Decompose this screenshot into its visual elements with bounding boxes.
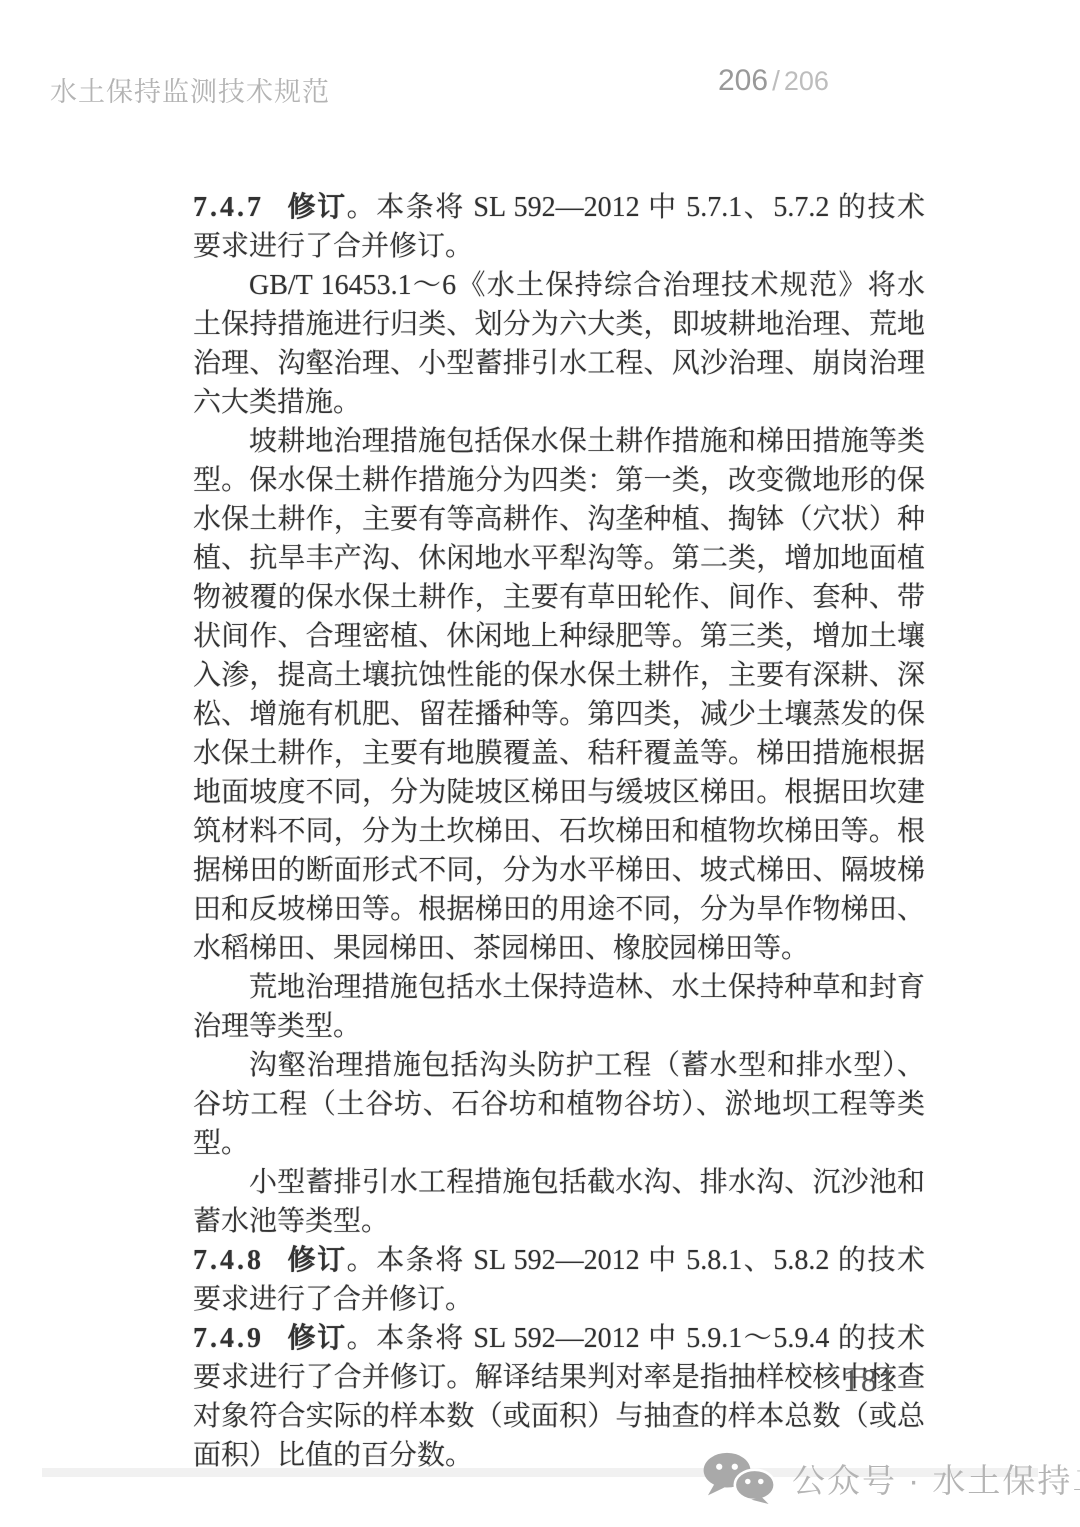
clause-number: 7.4.9 <box>193 1323 264 1354</box>
page-total: 206 <box>784 66 829 96</box>
page-indicator: 206/206 <box>718 64 829 98</box>
paragraph-wasteland: 荒地治理措施包括水土保持造林、水土保持种草和封育治理等类型。 <box>193 968 925 1046</box>
clause-number: 7.4.8 <box>193 1245 264 1276</box>
paragraph-slope-farmland: 坡耕地治理措施包括保水保土耕作措施和梯田措施等类型。保水保土耕作措施分为四类：第… <box>193 422 925 968</box>
footer-watermark: 公众号 · 水土保持二三 <box>700 1452 1080 1504</box>
paragraph-text: GB/T 16453.1～6《水土保持综合治理技术规范》将水土保持措施进行归类、… <box>193 270 925 418</box>
paragraph-text: 荒地治理措施包括水土保持造林、水土保持种草和封育治理等类型。 <box>193 972 925 1042</box>
clause-label: 修订 <box>286 192 347 223</box>
clause-7-4-7: 7.4.7修订。本条将 SL 592—2012 中 5.7.1、5.7.2 的技… <box>193 188 925 266</box>
page-number: 181 <box>843 1362 897 1399</box>
clause-label: 修订 <box>286 1323 347 1354</box>
document-body: 7.4.7修订。本条将 SL 592—2012 中 5.7.1、5.7.2 的技… <box>193 188 925 1475</box>
page-current: 206 <box>718 64 768 97</box>
paragraph-text: 坡耕地治理措施包括保水保土耕作措施和梯田措施等类型。保水保土耕作措施分为四类：第… <box>193 426 925 964</box>
wechat-icon <box>700 1452 780 1504</box>
paragraph-gbt-categories: GB/T 16453.1～6《水土保持综合治理技术规范》将水土保持措施进行归类、… <box>193 266 925 422</box>
paragraph-gully: 沟壑治理措施包括沟头防护工程（蓄水型和排水型）、谷坊工程（土谷坊、石谷坊和植物谷… <box>193 1046 925 1163</box>
clause-number: 7.4.7 <box>193 192 264 223</box>
footer-watermark-text: 公众号 · 水土保持二三 <box>792 1455 1080 1502</box>
clause-7-4-8: 7.4.8修订。本条将 SL 592—2012 中 5.8.1、5.8.2 的技… <box>193 1241 925 1319</box>
paragraph-text: 沟壑治理措施包括沟头防护工程（蓄水型和排水型）、谷坊工程（土谷坊、石谷坊和植物谷… <box>193 1050 925 1159</box>
page-separator: / <box>772 65 780 96</box>
document-title: 水土保持监测技术规范 <box>50 70 330 109</box>
clause-label: 修订 <box>286 1245 347 1276</box>
paragraph-text: 小型蓄排引水工程措施包括截水沟、排水沟、沉沙池和蓄水池等类型。 <box>193 1167 925 1237</box>
paragraph-small-works: 小型蓄排引水工程措施包括截水沟、排水沟、沉沙池和蓄水池等类型。 <box>193 1163 925 1241</box>
